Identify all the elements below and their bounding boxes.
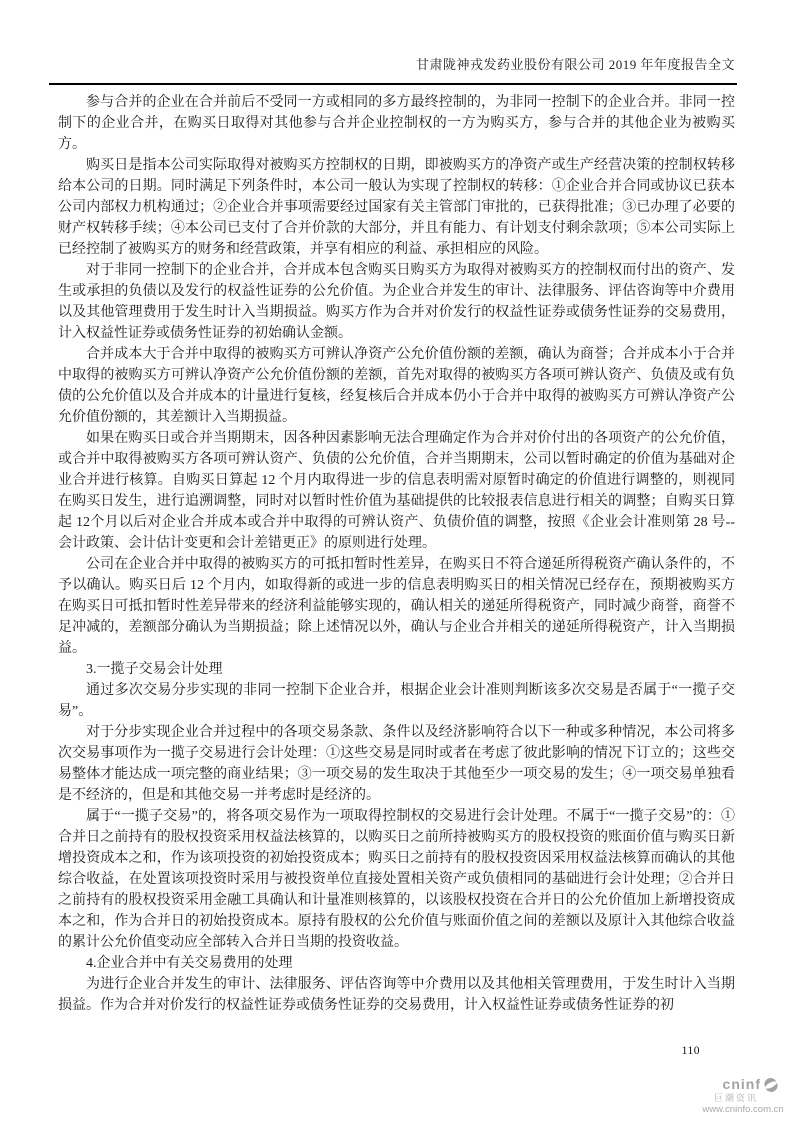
paragraph-deductible-difference: 公司在企业合并中取得的被购买方的可抵扣暂时性差异，在购买日不符合递延所得税资产确…	[58, 554, 735, 659]
paragraph-transaction-fees: 为进行企业合并发生的审计、法律服务、评估咨询等中介费用以及其他相关管理费用，于发…	[58, 974, 735, 1016]
document-page: 甘肃陇神戎发药业股份有限公司 2019 年年度报告全文 参与合并的企业在合并前后…	[0, 0, 793, 1122]
paragraph-provisional-value: 如果在购买日或合并当期期末，因各种因素影响无法合理确定作为合并对价付出的各项资产…	[58, 428, 735, 554]
paragraph-bundle-conditions: 对于分步实现企业合并过程中的各项交易条款、条件以及经济影响符合以下一种或多种情况…	[58, 722, 735, 806]
paragraph-bundle-accounting: 属于“一揽子交易”的，将各项交易作为一项取得控制权的交易进行会计处理。不属于“一…	[58, 806, 735, 953]
cninfo-watermark: cninf 巨潮资讯 www.cninfo.com.cn	[697, 1077, 789, 1115]
paragraph-merger-cost: 对于非同一控制下的企业合并，合并成本包含购买日购买方为取得对被购买方的控制权而付…	[58, 260, 735, 344]
cninfo-chinese-name: 巨潮资讯	[697, 1094, 789, 1104]
report-header-title: 甘肃陇神戎发药业股份有限公司 2019 年年度报告全文	[50, 54, 735, 73]
page-number: 110	[682, 1045, 700, 1057]
paragraph-bundle-judgement: 通过多次交易分步实现的非同一控制下企业合并，根据企业会计准则判断该多次交易是否属…	[58, 680, 735, 722]
section-heading-bundle-transaction: 3.一揽子交易会计处理	[58, 659, 735, 680]
paragraph-merger-definition: 参与合并的企业在合并前后不受同一方或相同的多方最终控制的，为非同一控制下的企业合…	[58, 92, 735, 155]
paragraph-goodwill: 合并成本大于合并中取得的被购买方可辨认净资产公允价值份额的差额，确认为商誉；合并…	[58, 344, 735, 428]
header-divider	[49, 83, 737, 85]
cninfo-url: www.cninfo.com.cn	[697, 1105, 789, 1115]
document-body: 参与合并的企业在合并前后不受同一方或相同的多方最终控制的，为非同一控制下的企业合…	[58, 92, 735, 1016]
cninfo-swirl-icon	[763, 1077, 779, 1093]
cninfo-logo-text: cninf	[723, 1077, 761, 1092]
paragraph-purchase-date: 购买日是指本公司实际取得对被购买方控制权的日期，即被购买方的净资产或生产经营决策…	[58, 155, 735, 260]
cninfo-logo-row: cninf	[697, 1077, 789, 1093]
section-heading-transaction-fees: 4.企业合并中有关交易费用的处理	[58, 953, 735, 974]
